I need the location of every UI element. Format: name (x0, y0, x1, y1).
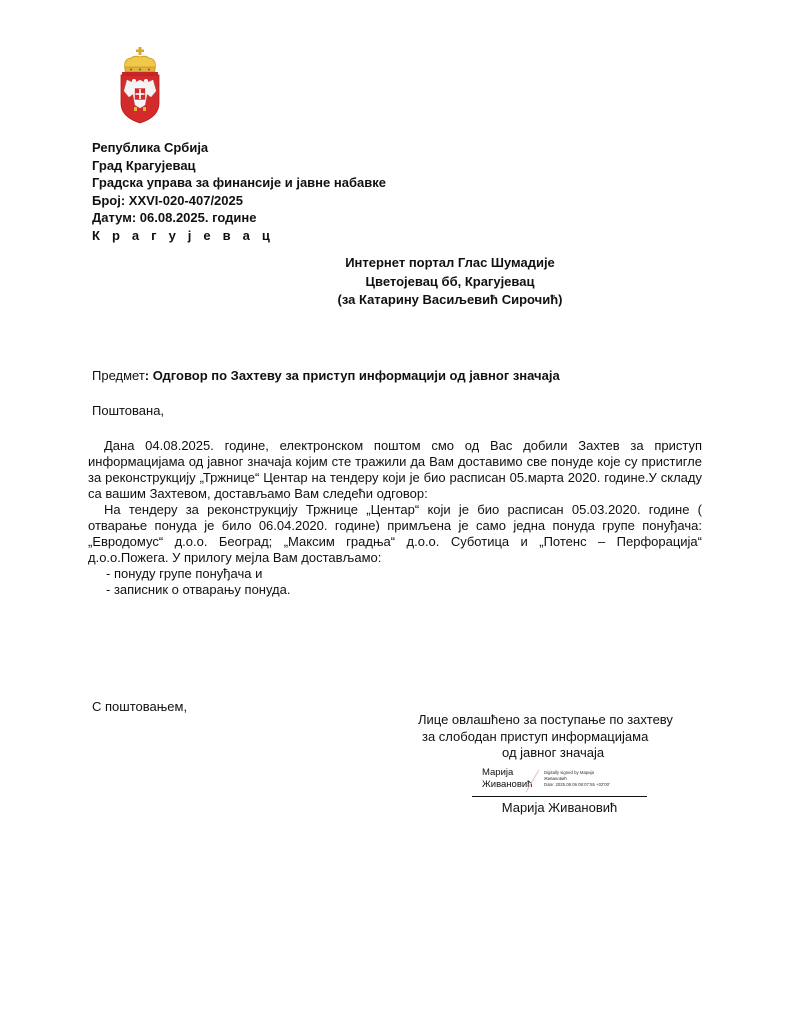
digital-signature-details: Digitally signed by Марија Живановић Dat… (544, 770, 610, 788)
body-paragraph-2: На тендеру за реконструкцију Тржнице „Це… (88, 502, 702, 566)
attachment-item: - записник о отварању понуда. (88, 582, 702, 598)
recipient-attention: (за Катарину Васиљевић Сирочић) (250, 291, 650, 310)
subject-text: : Одговор по Захтеву за приступ информац… (145, 368, 560, 383)
subject-label: Предмет (92, 368, 145, 383)
subject-line: Предмет: Одговор по Захтеву за приступ и… (92, 368, 560, 383)
salutation: Поштована, (92, 403, 164, 418)
body-paragraph-1: Дана 04.08.2025. године, електронском по… (88, 438, 702, 502)
closing-text: С поштовањем, (92, 699, 187, 714)
recipient-address: Цветојевац бб, Крагујевац (250, 273, 650, 292)
serbian-coat-of-arms-icon (119, 47, 161, 125)
letter-body: Дана 04.08.2025. године, електронском по… (88, 438, 702, 598)
signatory-title: Лице овлашћено за поступање по захтеву з… (400, 712, 700, 762)
signatory-title-line: за слободан приступ информацијама (400, 729, 700, 746)
header-country: Република Србија (92, 139, 386, 157)
header-department: Градска управа за финансије и јавне наба… (92, 174, 386, 192)
header-date: Датум: 06.08.2025. године (92, 209, 386, 227)
signatory-name: Марија Живановић (472, 800, 647, 815)
header-reference-number: Број: XXVI-020-407/2025 (92, 192, 386, 210)
signatory-title-line: Лице овлашћено за поступање по захтеву (400, 712, 700, 729)
signature-line (472, 796, 647, 797)
header-place: К р а г у ј е в а ц (92, 227, 386, 245)
recipient-name: Интернет портал Глас Шумадије (250, 254, 650, 273)
signatory-title-line: од јавног значаја (400, 745, 700, 762)
header-city: Град Крагујевац (92, 157, 386, 175)
digital-signature-name: Марија Живановић (482, 767, 532, 791)
digital-signature[interactable]: Марија Живановић Digitally signed by Мар… (482, 767, 647, 795)
attachment-item: - понуду групе понуђача и (88, 566, 702, 582)
issuer-header: Република Србија Град Крагујевац Градска… (92, 139, 386, 244)
recipient-block: Интернет портал Глас Шумадије Цветојевац… (250, 254, 650, 310)
